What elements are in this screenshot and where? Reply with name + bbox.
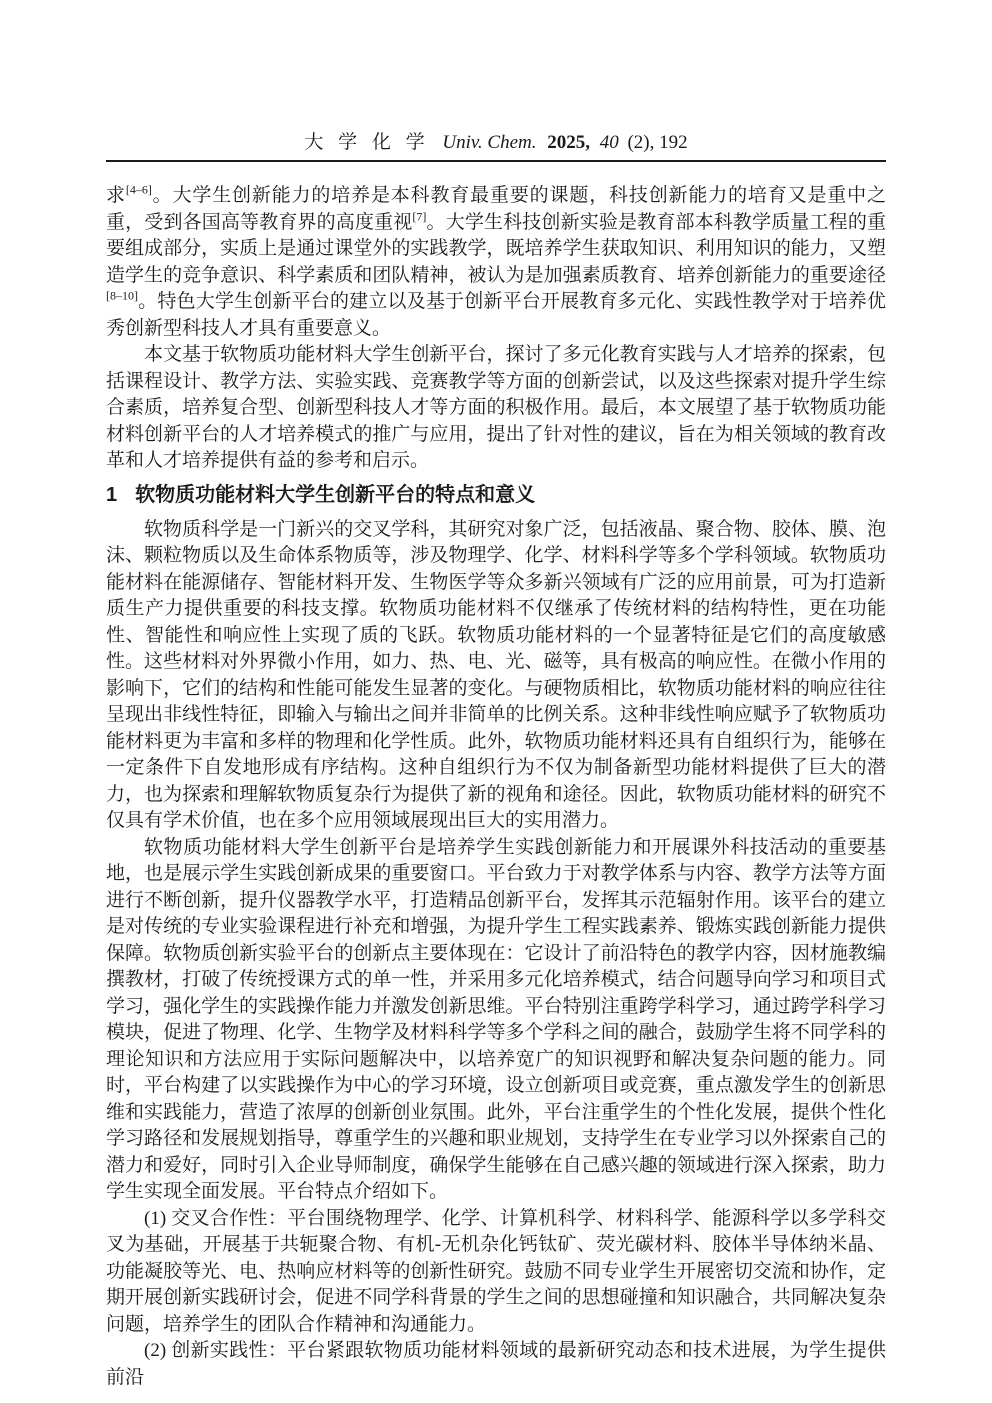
paragraph: (2) 创新实践性：平台紧跟软物质功能材料领域的最新研究动态和技术进展，为学生提… [106, 1338, 886, 1391]
intro-paragraphs: 求[4–6]。大学生创新能力的培养是本科教育最重要的课题，科技创新能力的培育又是… [106, 183, 886, 475]
paragraph: 求[4–6]。大学生创新能力的培养是本科教育最重要的课题，科技创新能力的培育又是… [106, 183, 886, 342]
citation-issue-page: (2), 192 [627, 132, 687, 153]
section-title: 软物质功能材料大学生创新平台的特点和意义 [135, 484, 535, 506]
paragraph: 本文基于软物质功能材料大学生创新平台，探讨了多元化教育实践与人才培养的探索，包括… [106, 342, 886, 475]
section-number: 1 [106, 484, 117, 506]
journal-header: 大 学 化 学 Univ. Chem. 2025, 40 (2), 192 [106, 0, 886, 155]
journal-title-cn: 大 学 化 学 [304, 132, 429, 153]
section-heading: 1软物质功能材料大学生创新平台的特点和意义 [106, 481, 886, 509]
citation-ref: [4–6] [126, 183, 152, 197]
journal-title-en: Univ. Chem. [442, 132, 536, 153]
citation-volume: 40 [600, 132, 619, 153]
citation-year: 2025, [547, 132, 590, 153]
paragraph: 软物质科学是一门新兴的交叉学科，其研究对象广泛，包括液晶、聚合物、胶体、膜、泡沫… [106, 517, 886, 835]
article-body: 求[4–6]。大学生创新能力的培养是本科教育最重要的课题，科技创新能力的培育又是… [106, 162, 886, 1391]
citation-ref: [7] [412, 209, 426, 223]
paragraph: 软物质功能材料大学生创新平台是培养学生实践创新能力和开展课外科技活动的重要基地，… [106, 835, 886, 1206]
section1-paragraphs: 软物质科学是一门新兴的交叉学科，其研究对象广泛，包括液晶、聚合物、胶体、膜、泡沫… [106, 517, 886, 1392]
paragraph: (1) 交叉合作性：平台围绕物理学、化学、计算机科学、材料科学、能源科学以多学科… [106, 1206, 886, 1339]
journal-page: 大 学 化 学 Univ. Chem. 2025, 40 (2), 192 求[… [0, 0, 992, 1403]
citation-ref: [8–10] [106, 289, 138, 303]
